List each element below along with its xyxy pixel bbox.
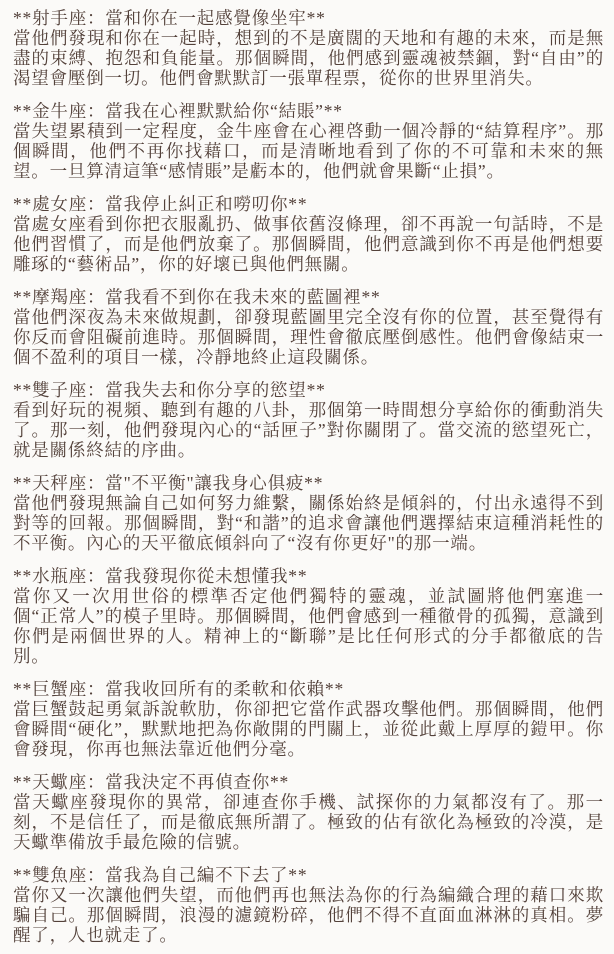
section-title: **雙魚座：當我為自己編不下去了** [13, 865, 604, 885]
section-body: 當巨蟹鼓起勇氣訴說軟肋，你卻把它當作武器攻擊他們。那個瞬間，他們會瞬間“硬化”，… [13, 699, 604, 759]
section-title: **水瓶座：當我發現你從未想懂我** [13, 566, 604, 586]
zodiac-section-libra: **天秤座：當"不平衡"讓我身心俱疲** 當他們發現無論自己如何努力維繫，關係始… [13, 473, 604, 553]
section-body: 當失望累積到一定程度，金牛座會在心裡啓動一個冷靜的“結算程序”。那個瞬間，他們不… [13, 121, 604, 181]
zodiac-text-document: **射手座：當和你在一起感覺像坐牢** 當他們發現和你在一起時，想到的不是廣闊的… [0, 0, 614, 954]
section-title: **摩羯座：當我看不到你在我未來的藍圖裡** [13, 287, 604, 307]
zodiac-section-capricorn: **摩羯座：當我看不到你在我未來的藍圖裡** 當他們深夜為未來做規劃，卻發現藍圖… [13, 287, 604, 367]
zodiac-section-virgo: **處女座：當我停止糾正和嘮叨你** 當處女座看到你把衣服亂扔、做事依舊沒條理，… [13, 194, 604, 274]
zodiac-section-cancer: **巨蟹座：當我收回所有的柔軟和依賴** 當巨蟹鼓起勇氣訴說軟肋，你卻把它當作武… [13, 679, 604, 759]
section-body: 當他們發現無論自己如何努力維繫，關係始終是傾斜的，付出永遠得不到對等的回報。那個… [13, 493, 604, 553]
section-body: 當你又一次用世俗的標準否定他們獨特的靈魂，並試圖將他們塞進一個“正常人”的模子里… [13, 586, 604, 666]
zodiac-section-aquarius: **水瓶座：當我發現你從未想懂我** 當你又一次用世俗的標準否定他們獨特的靈魂，… [13, 566, 604, 666]
section-title: **金牛座：當我在心裡默默給你“結賬”** [13, 101, 604, 121]
section-body: 看到好玩的視頻、聽到有趣的八卦，那個第一時間想分享給你的衝動消失了。那一刻，他們… [13, 400, 604, 460]
section-title: **雙子座：當我失去和你分享的慾望** [13, 380, 604, 400]
section-body: 當天蠍座發現你的異常，卻連查你手機、試探你的力氣都沒有了。那一刻，不是信任了，而… [13, 792, 604, 852]
section-title: **射手座：當和你在一起感覺像坐牢** [13, 8, 604, 28]
zodiac-section-taurus: **金牛座：當我在心裡默默給你“結賬”** 當失望累積到一定程度，金牛座會在心裡… [13, 101, 604, 181]
section-body: 當你又一次讓他們失望，而他們再也無法為你的行為編織合理的藉口來欺騙自己。那個瞬間… [13, 885, 604, 945]
section-title: **巨蟹座：當我收回所有的柔軟和依賴** [13, 679, 604, 699]
section-body: 當他們深夜為未來做規劃，卻發現藍圖里完全沒有你的位置，甚至覺得有你反而會阻礙前進… [13, 307, 604, 367]
zodiac-section-scorpio: **天蠍座：當我決定不再偵查你** 當天蠍座發現你的異常，卻連查你手機、試探你的… [13, 772, 604, 852]
section-title: **處女座：當我停止糾正和嘮叨你** [13, 194, 604, 214]
zodiac-section-pisces: **雙魚座：當我為自己編不下去了** 當你又一次讓他們失望，而他們再也無法為你的… [13, 865, 604, 945]
zodiac-section-gemini: **雙子座：當我失去和你分享的慾望** 看到好玩的視頻、聽到有趣的八卦，那個第一… [13, 380, 604, 460]
section-title: **天蠍座：當我決定不再偵查你** [13, 772, 604, 792]
zodiac-section-sagittarius: **射手座：當和你在一起感覺像坐牢** 當他們發現和你在一起時，想到的不是廣闊的… [13, 8, 604, 88]
section-title: **天秤座：當"不平衡"讓我身心俱疲** [13, 473, 604, 493]
section-body: 當他們發現和你在一起時，想到的不是廣闊的天地和有趣的未來，而是無盡的束縛、抱怨和… [13, 28, 604, 88]
section-body: 當處女座看到你把衣服亂扔、做事依舊沒條理，卻不再說一句話時，不是他們習慣了，而是… [13, 214, 604, 274]
